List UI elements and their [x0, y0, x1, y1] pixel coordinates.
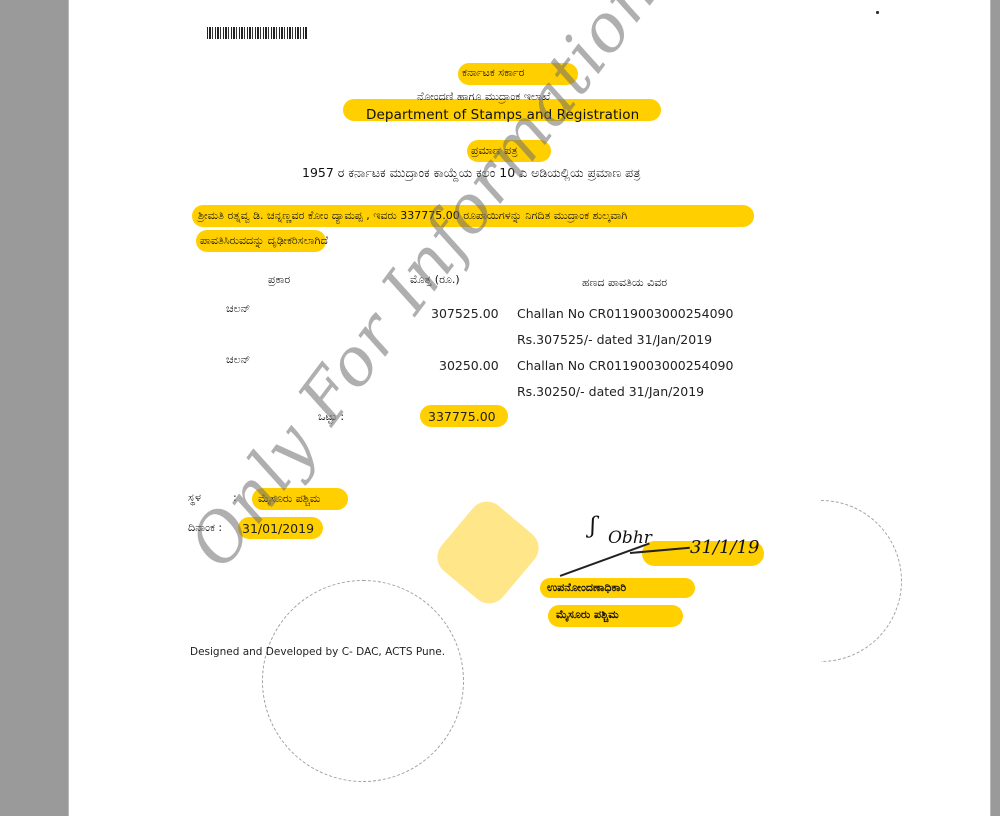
table-header-details: ಹಣದ ಪಾವತಿಯ ವಿವರ	[582, 276, 667, 290]
total-value: 337775.00	[428, 409, 496, 424]
row-2-type: ಚಲನ್	[226, 353, 250, 367]
office-seal-stamp	[262, 580, 464, 782]
signatory-office: ಮೈಸೂರು ಪಶ್ಚಿಮ	[556, 608, 619, 622]
barcode-icon	[207, 27, 307, 39]
certificate-subtitle: 1957 ರ ಕರ್ನಾಟಕ ಮುದ್ರಾಂಕ ಕಾಯ್ದೆಯ ಕಲಂ 10 ಎ…	[302, 165, 640, 181]
row-2-amount: 30250.00	[439, 358, 499, 373]
row-1-detail-2: Rs.307525/- dated 31/Jan/2019	[517, 332, 712, 347]
statement-line-2: ಪಾವತಿಸಿರುವದನ್ನು ದೃಢೀಕರಿಸಲಾಗಿದೆ	[200, 234, 328, 248]
place-value: ಮೈಸೂರು ಪಶ್ಚಿಮ	[258, 492, 320, 506]
dept-name-english: Department of Stamps and Registration	[366, 107, 639, 123]
row-2-detail-1: Challan No CR0119003000254090	[517, 358, 733, 373]
date-value: 31/01/2019	[242, 521, 314, 536]
row-1-detail-1: Challan No CR0119003000254090	[517, 306, 733, 321]
signature-scrawl: ʃ	[590, 514, 596, 539]
total-label: ಒಟ್ಟು :	[318, 410, 344, 424]
scan-speck	[876, 11, 879, 14]
table-header-type: ಪ್ರಕಾರ	[268, 273, 290, 287]
place-separator: :	[233, 491, 237, 504]
row-1-type: ಚಲನ್	[226, 302, 250, 316]
row-2-detail-2: Rs.30250/- dated 31/Jan/2019	[517, 384, 704, 399]
dept-name-kannada: ನೋಂದಣಿ ಹಾಗೂ ಮುದ್ರಾಂಕ ಇಲಾಖೆ	[417, 90, 550, 104]
date-label: ದಿನಾಂಕ :	[188, 521, 222, 535]
certificate-title: ಪ್ರಮಾಣ ಪತ್ರ	[471, 144, 518, 158]
row-1-amount: 307525.00	[431, 306, 499, 321]
table-header-amount: ಮೊತ್ತ (ರೂ.)	[410, 273, 460, 287]
govt-name: ಕರ್ನಾಟಕ ಸರ್ಕಾರ	[462, 66, 524, 80]
signature-date: 31/1/19	[690, 537, 759, 558]
footer-credit: Designed and Developed by C- DAC, ACTS P…	[190, 646, 445, 658]
statement-line-1: ಶ್ರೀಮತಿ ರತ್ನವ್ವ ಡಿ. ಚನ್ನಣ್ಣವರ ಕೋಂ ದ್ಯಾಮಪ…	[198, 209, 627, 223]
place-label: ಸ್ಥಳ	[188, 491, 201, 505]
signatory-designation: ಉಪನೋಂದಣಾಧಿಕಾರಿ	[547, 581, 626, 595]
